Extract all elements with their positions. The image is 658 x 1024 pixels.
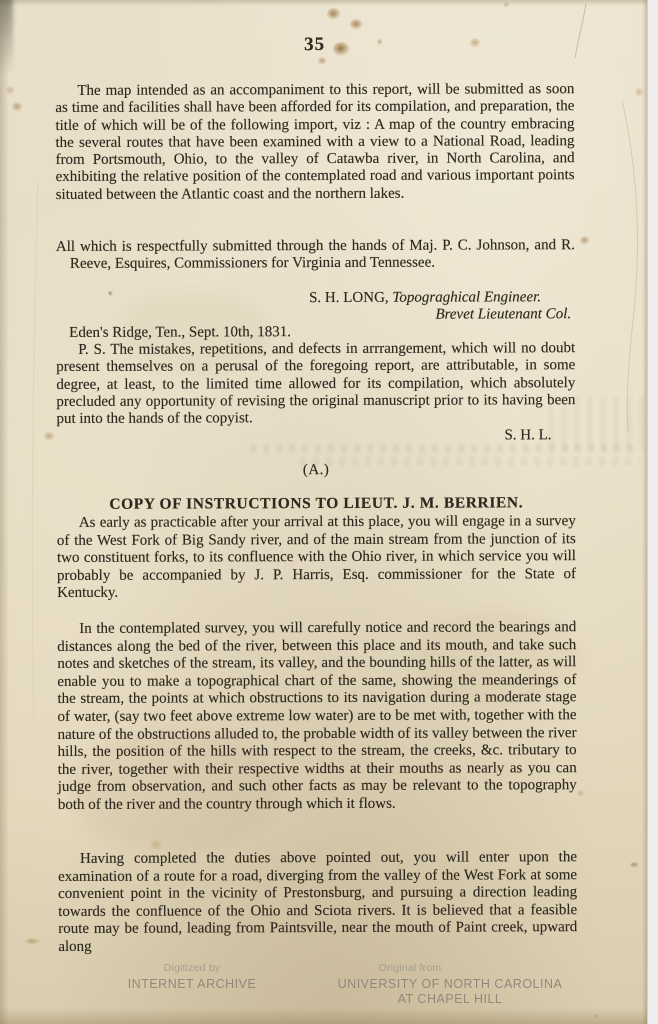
appendix-heading: COPY OF INSTRUCTIONS TO LIEUT. J. M. BER… [57, 494, 576, 513]
signature-title: Topograghical Engineer. [392, 289, 541, 306]
signature-line: S. H. LONG, Topograghical Engineer. [56, 289, 575, 308]
original-institution-label: UNIVERSITY OF NORTH CAROLINA AT CHAPEL H… [330, 977, 570, 1007]
report-paragraph-map: The map intended as an accompaniment to … [55, 81, 574, 204]
footer-digitized-by: Digitized by INTERNET ARCHIVE [92, 962, 292, 992]
page-edge-bottom [0, 1008, 648, 1024]
signature-name: S. H. LONG, [309, 290, 389, 306]
corner-smudge [0, 0, 13, 74]
dateline: Eden's Ridge, Ten., Sept. 10th, 1831. [56, 323, 575, 342]
postscript-initials: S. H. L. [56, 427, 575, 446]
appendix-label: (A.) [57, 461, 576, 480]
page-text-layer: 35 The map intended as an accompaniment … [0, 0, 658, 1024]
page-edge-left [0, 0, 9, 1024]
scanner-background-strip [647, 0, 658, 1024]
footer-original-from: Original from UNIVERSITY OF NORTH CAROLI… [330, 962, 570, 1007]
appendix-paragraph-3: Having completed the duties above pointe… [58, 849, 577, 956]
appendix-paragraph-1: As early as practicable after your arriv… [57, 513, 576, 603]
report-paragraph-submitted: All which is respectfully submitted thro… [56, 237, 575, 273]
postscript-paragraph: P. S. The mistakes, repetitions, and def… [56, 340, 575, 428]
scanned-book-page: 35 The map intended as an accompaniment … [0, 0, 658, 1024]
appendix-paragraph-2: In the contemplated survey, you will car… [57, 619, 577, 814]
page-edge-top [0, 0, 648, 6]
signature-rank: Brevet Lieutenant Col. [56, 306, 575, 325]
page-number: 35 [55, 35, 574, 54]
digitized-by-label: Digitized by [92, 962, 292, 974]
original-from-label: Original from [290, 962, 530, 974]
internet-archive-label: INTERNET ARCHIVE [92, 977, 292, 992]
